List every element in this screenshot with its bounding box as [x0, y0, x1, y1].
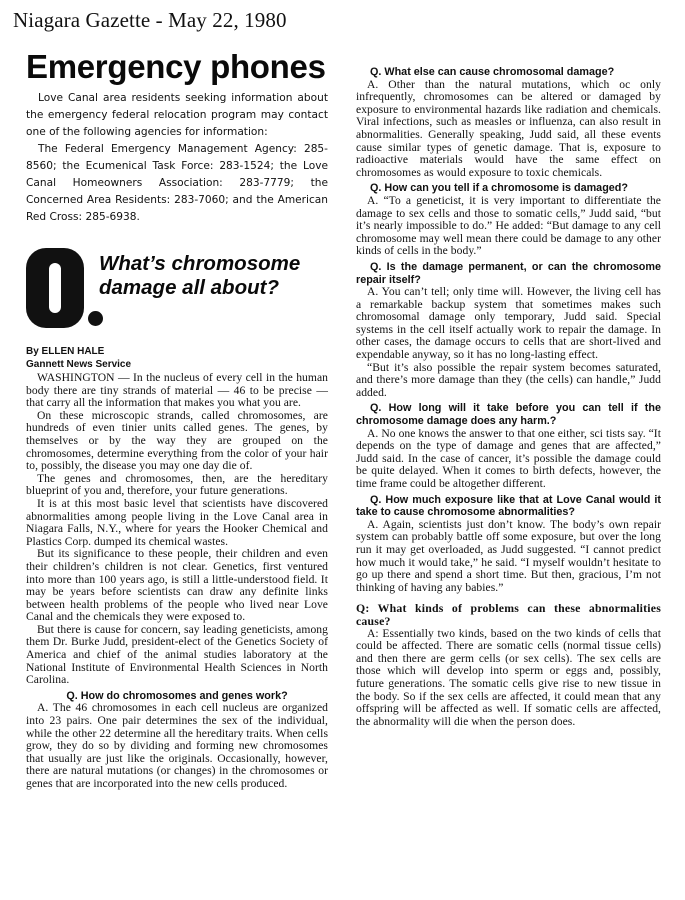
- article-title-block: What’s chromosome damage all about?: [26, 248, 331, 333]
- article-paragraph: A. Other than the natural mutations, whi…: [356, 79, 661, 180]
- q-logo-icon: [26, 248, 84, 328]
- sidebar-headline: Emergency phones: [26, 48, 326, 86]
- q-logo-dot-icon: [88, 311, 103, 326]
- byline: By ELLEN HALE Gannett News Service: [26, 345, 131, 371]
- notice-intro: Love Canal area residents seeking inform…: [26, 90, 328, 141]
- article-title-line2: damage all about?: [99, 276, 300, 300]
- emergency-phones-notice: Love Canal area residents seeking inform…: [26, 90, 328, 226]
- byline-service: Gannett News Service: [26, 358, 131, 371]
- article-paragraph: “But it’s also possible the repair syste…: [356, 362, 661, 400]
- article-title-line1: What’s chromosome: [99, 252, 300, 276]
- article-paragraph: A. No one knows the answer to that one e…: [356, 428, 661, 491]
- article-question: Q. Is the damage permanent, or can the c…: [356, 261, 661, 286]
- article-paragraph: On these microscopic strands, called chr…: [26, 410, 328, 473]
- notice-contacts: The Federal Emergency Management Agency:…: [26, 141, 328, 226]
- article-paragraph: WASHINGTON — In the nucleus of every cel…: [26, 372, 328, 410]
- article-right-column: Q. What else can cause chromosomal damag…: [356, 63, 661, 728]
- byline-author: By ELLEN HALE: [26, 345, 131, 358]
- article-paragraph: A. Again, scientists just don’t know. Th…: [356, 519, 661, 595]
- article-paragraph: A. You can’t tell; only time will. Howev…: [356, 286, 661, 362]
- article-question: Q. How much exposure like that at Love C…: [356, 494, 661, 519]
- article-paragraph: A: Essentially two kinds, based on the t…: [356, 628, 661, 729]
- article-question: Q. How long will it take before you can …: [356, 402, 661, 427]
- article-left-column: WASHINGTON — In the nucleus of every cel…: [26, 372, 328, 791]
- article-paragraph: It is at this most basic level that scie…: [26, 498, 328, 548]
- masthead-date: Niagara Gazette - May 22, 1980: [13, 8, 287, 33]
- article-paragraph: A. “To a geneticist, it is very importan…: [356, 195, 661, 258]
- article-paragraph: But its significance to these people, th…: [26, 548, 328, 624]
- article-paragraph: A. The 46 chromosomes in each cell nucle…: [26, 702, 328, 790]
- article-question: Q: What kinds of problems can these abno…: [356, 602, 661, 627]
- article-paragraph: But there is cause for concern, say lead…: [26, 624, 328, 687]
- article-question: Q. What else can cause chromosomal damag…: [356, 66, 661, 79]
- article-paragraph: The genes and chromosomes, then, are the…: [26, 473, 328, 498]
- article-title: What’s chromosome damage all about?: [99, 252, 300, 300]
